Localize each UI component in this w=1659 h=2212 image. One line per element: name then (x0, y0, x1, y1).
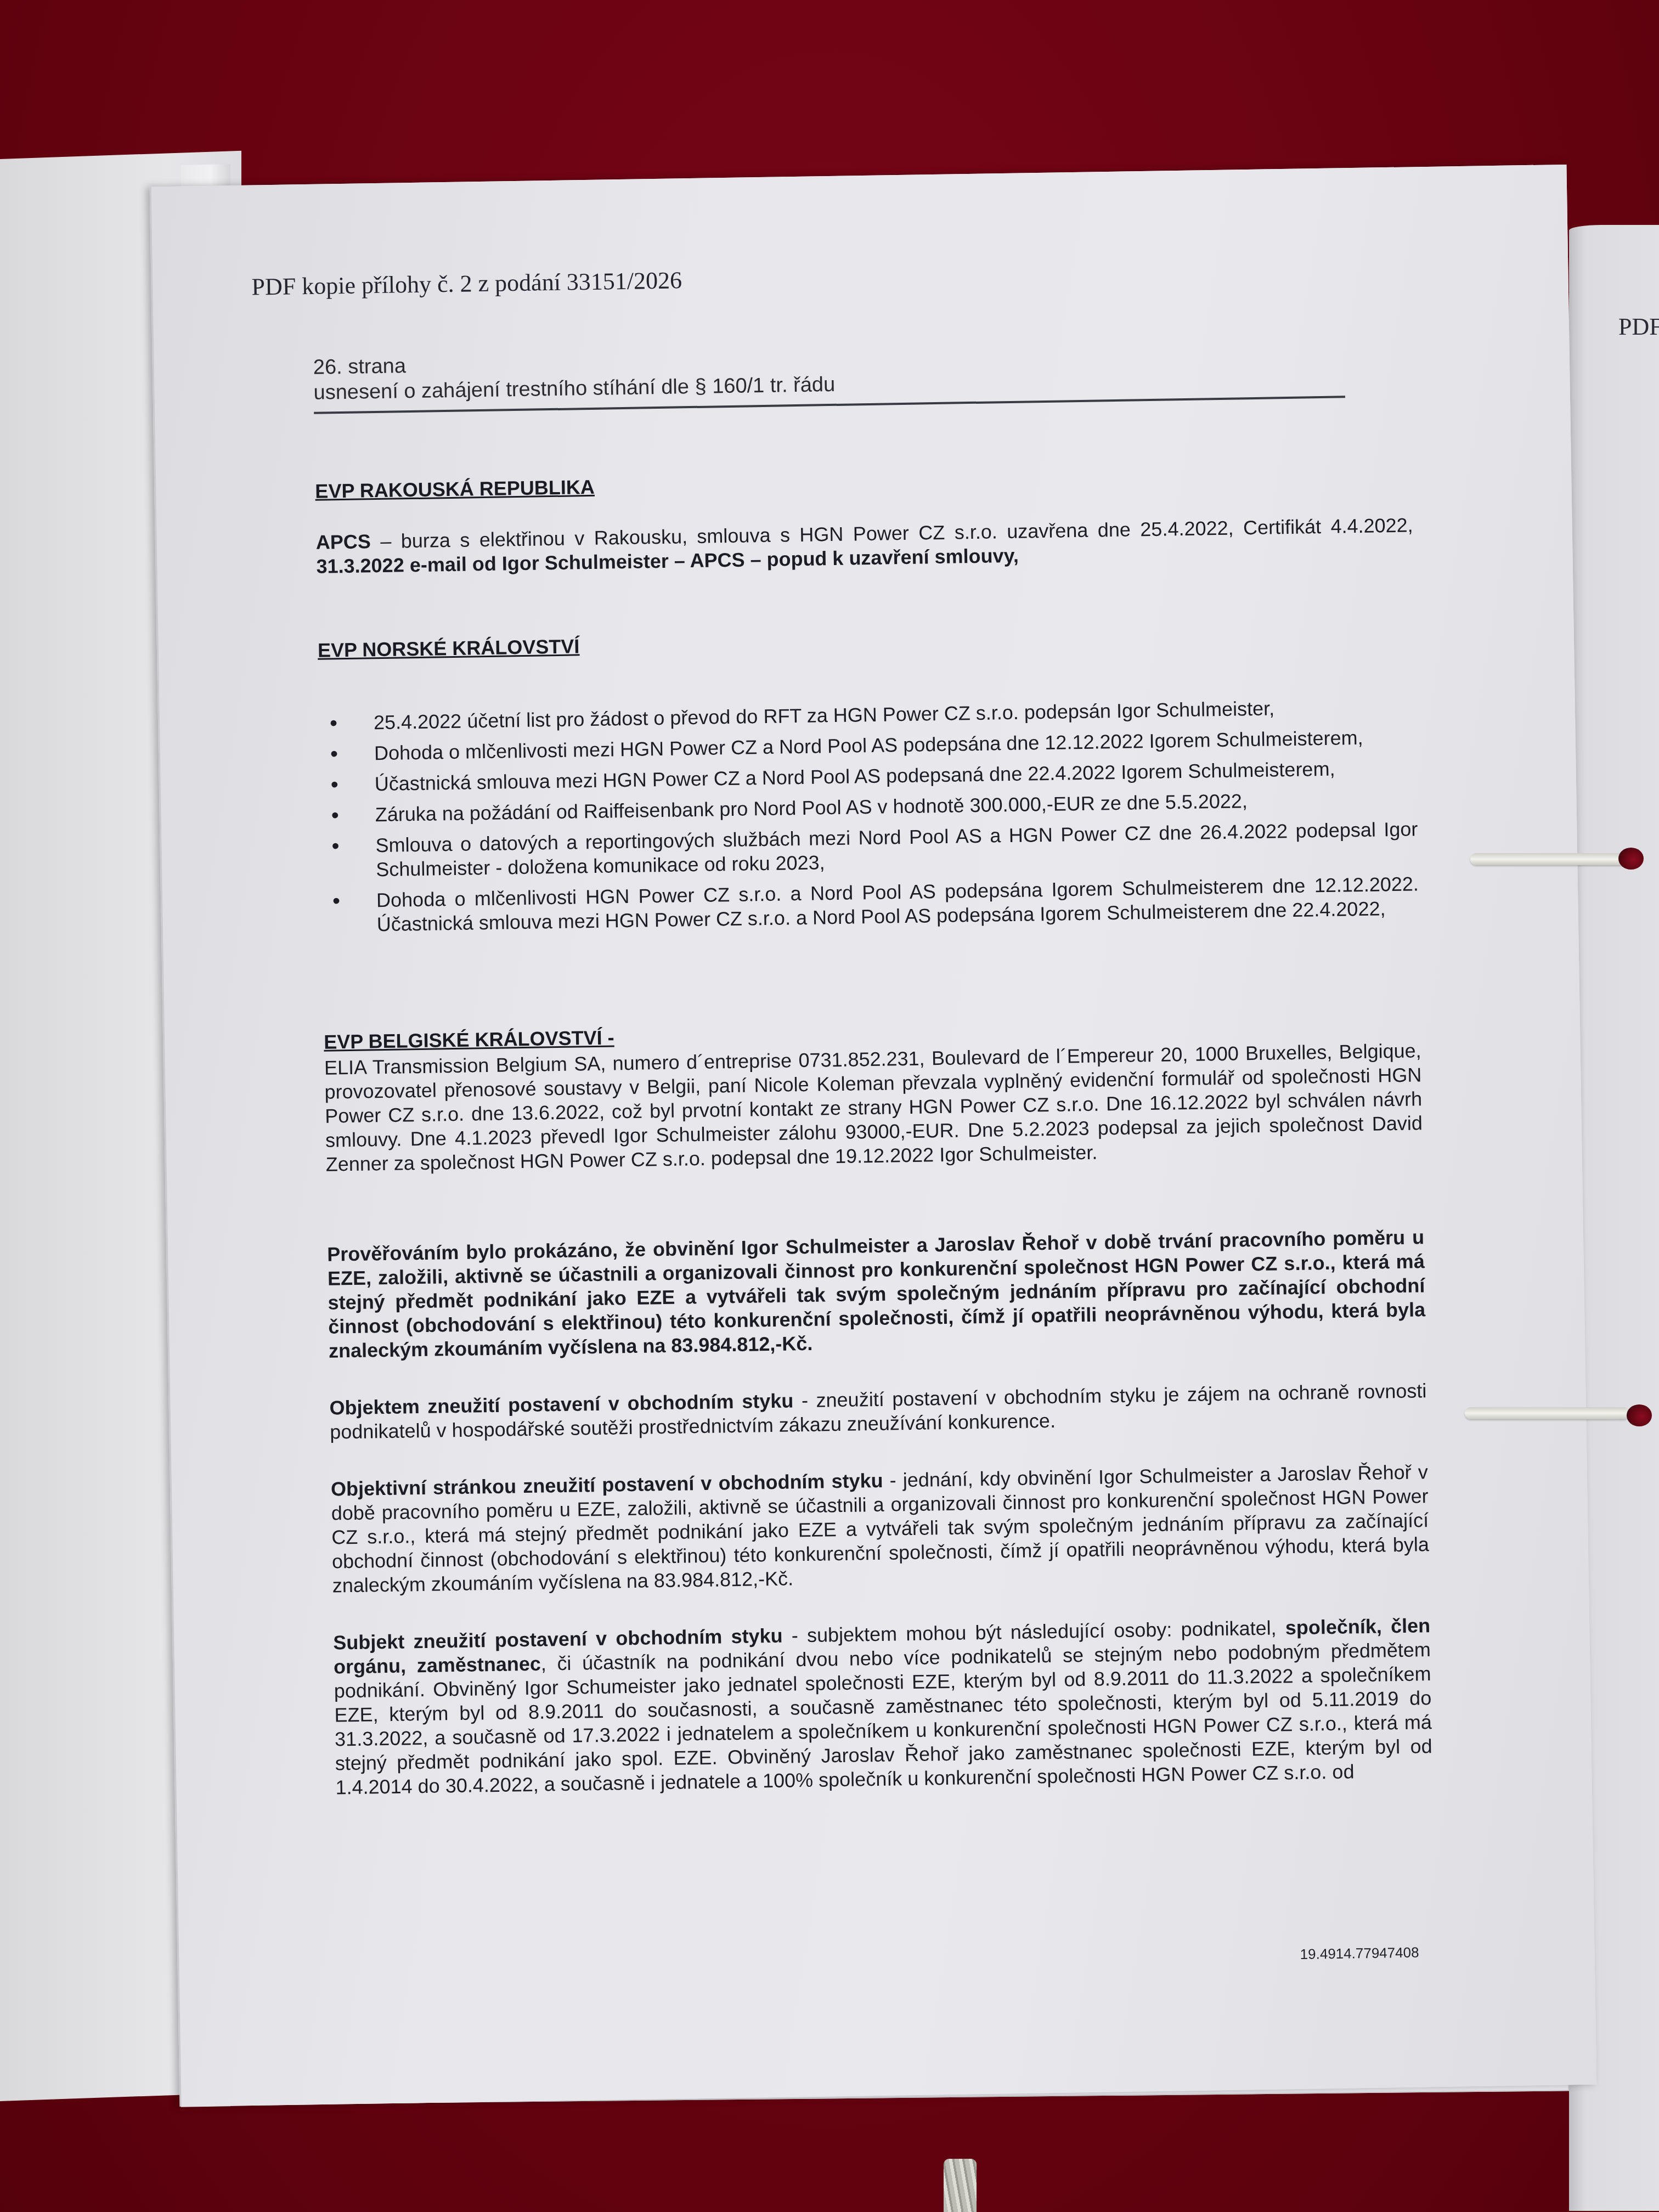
section-austria: EVP RAKOUSKÁ REPUBLIKA APCS – burza s el… (315, 462, 1414, 578)
paragraph: APCS – burza s elektřinou v Rakousku, sm… (316, 513, 1414, 578)
binding-hole-bottom (1627, 1404, 1652, 1426)
section-belgium: EVP BELGISKÉ KRÁLOVSTVÍ - ELIA Transmiss… (324, 1013, 1423, 1176)
binding-hole-top (1618, 848, 1644, 870)
section-norway: EVP NORSKÉ KRÁLOVSTVÍ 25.4.2022 účetní l… (318, 622, 1419, 937)
bullet-list: 25.4.2022 účetní list pro žádost o převo… (319, 694, 1419, 937)
binding-string-tassel (944, 2159, 977, 2212)
list-item: Dohoda o mlčenlivosti HGN Power CZ s.r.o… (354, 872, 1419, 936)
document-id-code: 19.4914.77947408 (1300, 1944, 1419, 1963)
object-paragraph: Objektem zneužití postavení v obchodním … (329, 1379, 1427, 1444)
adjacent-page-stamp: PDF (1618, 313, 1659, 341)
finding-paragraph: Prověřováním bylo prokázáno, že obvinění… (327, 1225, 1426, 1363)
pdf-copy-stamp: PDF kopie přílohy č. 2 z podání 33151/20… (251, 255, 1409, 301)
document-page: PDF kopie přílohy č. 2 z podání 33151/20… (150, 165, 1597, 2107)
section-heading: EVP RAKOUSKÁ REPUBLIKA (315, 462, 1412, 503)
section-heading: EVP NORSKÉ KRÁLOVSTVÍ (318, 622, 1415, 662)
objective-paragraph: Objektivní stránkou zneužití postavení v… (331, 1460, 1430, 1598)
paragraph: ELIA Transmission Belgium SA, numero d´e… (324, 1039, 1423, 1176)
page-content: PDF kopie přílohy č. 2 z podání 33151/20… (312, 255, 1432, 1799)
binding-string-bottom (1465, 1407, 1629, 1419)
list-item: Smlouva o datových a reportingových služ… (353, 817, 1418, 882)
bold-text: APCS (316, 530, 371, 554)
binding-string-top (1470, 853, 1635, 865)
subject-paragraph: Subjekt zneužití postavení v obchodním s… (333, 1613, 1433, 1799)
